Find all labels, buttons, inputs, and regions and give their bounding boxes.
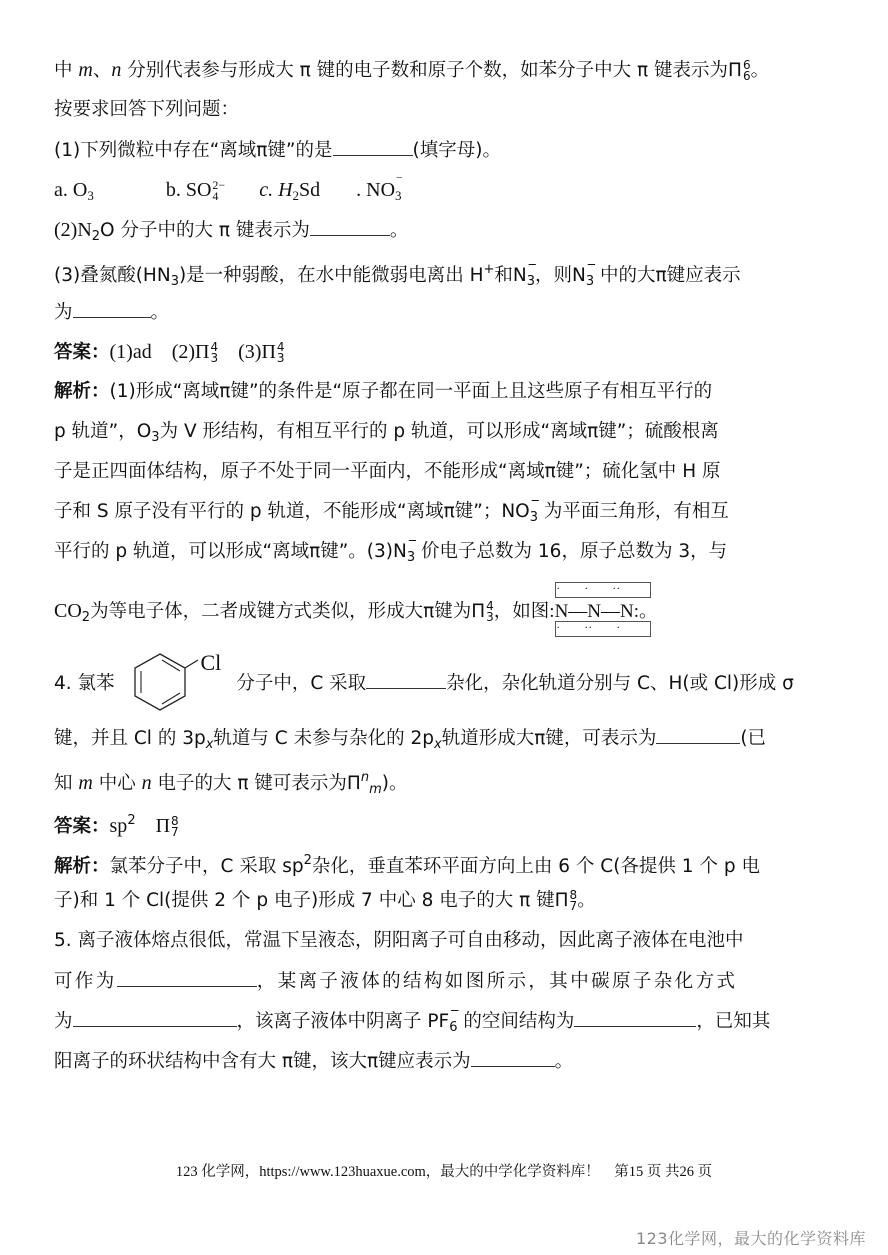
question-5-line-3: 为，该离子液体中阴离子 PF6 的空间结构为，已知其 bbox=[54, 1008, 770, 1041]
sub: 3 bbox=[210, 353, 218, 364]
sub: 7 bbox=[171, 827, 179, 838]
answer-blank-q5-use[interactable] bbox=[117, 968, 257, 987]
sub: 2 bbox=[82, 610, 90, 625]
question-4-line-1: 4. 氯苯 Cl 分子中，C 采取杂化，杂化轨道分别与 C、H(或 Cl)形成 … bbox=[54, 670, 794, 697]
text: 的空间结构为 bbox=[457, 1011, 574, 1032]
chlorine-label: Cl bbox=[200, 650, 221, 676]
lewis-chain: :N—N—N: bbox=[549, 601, 639, 622]
explanation-1-line-3: 子是正四面体结构，原子不处于同一平面内，不能形成“离域π键”；硫化氢中 H 原 bbox=[54, 459, 720, 485]
text: 4. 氯苯 bbox=[54, 673, 115, 694]
n3-lewis-structure: · · ··:N—N—N:· ·· · bbox=[549, 599, 639, 625]
option-d: . NO3 bbox=[356, 179, 401, 201]
var-n: n bbox=[142, 772, 152, 794]
sup: + bbox=[483, 262, 494, 277]
text: )是一种弱酸，在水中能微弱电离出 H bbox=[179, 265, 484, 286]
sub: 3 bbox=[527, 274, 535, 289]
explanation-2-line-2: 子)和 1 个 Cl(提供 2 个 p 电子)形成 7 中心 8 电子的大 π … bbox=[54, 888, 596, 914]
answer-label: 答案： bbox=[54, 342, 110, 363]
text: (1)下列微粒中存在“离域π键”的是 bbox=[54, 140, 333, 161]
question-2: (2)N2O 分子中的大 π 键表示为。 bbox=[54, 217, 408, 250]
instruction-line: 按要求回答下列问题： bbox=[54, 97, 239, 123]
explanation-1-line-5: 平行的 p 轨道，可以形成“离域π键”。(3)N3 价电子总数为 16，原子总数… bbox=[54, 539, 727, 571]
question-5-line-2: 可作为，某离子液体的结构如图所示，其中碳原子杂化方式 bbox=[54, 968, 737, 995]
text: 子和 S 原子没有平行的 p 轨道，不能形成“离域π键”；NO bbox=[54, 501, 530, 522]
text: 价电子总数为 16，原子总数为 3，与 bbox=[415, 541, 727, 562]
script: 87 bbox=[171, 816, 179, 838]
chlorobenzene-structure: Cl bbox=[120, 674, 230, 694]
explanation-2-line-1: 解析：氯苯分子中，C 采取 sp2杂化，垂直苯环平面方向上由 6 个 C(各提供… bbox=[54, 848, 760, 880]
text: CO bbox=[54, 600, 82, 622]
answer-blank-q2[interactable] bbox=[310, 217, 390, 236]
text: 平行的 p 轨道，可以形成“离域π键”。(3)N bbox=[54, 541, 407, 562]
sup: n bbox=[361, 770, 369, 785]
text: p 轨道”，O bbox=[54, 421, 151, 442]
text: 。 bbox=[390, 220, 409, 241]
answer-block-1: 答案：(1)ad (2)Π43 (3)Π43 bbox=[54, 339, 285, 366]
text: 轨道形成大π键，可表示为 bbox=[442, 728, 657, 749]
sup: 2 bbox=[304, 853, 312, 868]
text: 子)和 1 个 Cl(提供 2 个 p 电子)形成 7 中心 8 电子的大 π … bbox=[54, 890, 569, 911]
explanation-label: 解析： bbox=[54, 381, 110, 402]
answer-blank-q5-structure[interactable] bbox=[574, 1008, 696, 1027]
text: 为 bbox=[54, 1011, 73, 1032]
top-electron-box: · · ·· bbox=[555, 582, 651, 598]
benzene-ring-icon bbox=[130, 650, 200, 712]
answer-blank-q5-pi[interactable] bbox=[471, 1048, 555, 1067]
sub: 3 bbox=[87, 188, 94, 203]
var-m: m bbox=[78, 59, 92, 81]
script: 43 bbox=[486, 601, 494, 623]
sub: 3 bbox=[171, 274, 179, 289]
options-line: a. O3 b. SO2−4 c. H2Sd . NO3 bbox=[54, 177, 402, 209]
answer-blank-q5-hybridization[interactable] bbox=[73, 1008, 237, 1027]
var-n: n bbox=[111, 59, 121, 81]
text: 杂化，杂化轨道分别与 C、H(或 Cl)形成 σ bbox=[446, 673, 794, 694]
answer-block-2: 答案：sp2 Π87 bbox=[54, 808, 179, 840]
text: 、 bbox=[93, 60, 112, 81]
text: 为等电子体，二者成键方式类似，形成大π键为Π bbox=[90, 601, 485, 622]
answer-blank-q4-pi[interactable] bbox=[656, 725, 740, 744]
text: 知 bbox=[54, 773, 78, 794]
text: ，则N bbox=[535, 265, 586, 286]
sub: 3 bbox=[277, 353, 285, 364]
sub: 3 bbox=[407, 550, 415, 565]
text: (已 bbox=[740, 728, 766, 749]
sub: 6 bbox=[743, 71, 751, 82]
text: O 分子中的大 π 键表示为 bbox=[100, 220, 310, 241]
text: b. SO bbox=[166, 179, 212, 201]
sub: x bbox=[434, 737, 442, 752]
sub: m bbox=[369, 782, 382, 797]
sub: 3 bbox=[586, 274, 594, 289]
text: ，某离子液体的结构如图所示，其中碳原子杂化方式 bbox=[257, 971, 738, 992]
text: 氯苯分子中，C 采取 sp bbox=[110, 856, 304, 877]
text: ，如图 bbox=[494, 601, 550, 622]
text: 阳离子的环状结构中含有大 π键，该大π键应表示为 bbox=[54, 1051, 471, 1072]
intro-line-1: 中 m、n 分别代表参与形成大 π 键的电子数和原子个数，如苯分子中大 π 键表… bbox=[54, 57, 769, 84]
text: (1)形成“离域π键”的条件是“原子都在同一平面上且这些原子有相互平行的 bbox=[110, 381, 713, 402]
text: 分别代表参与形成大 π 键的电子数和原子个数，如苯分子中大 π 键表示为Π bbox=[121, 60, 742, 81]
script: 43 bbox=[210, 342, 218, 364]
text: a. O bbox=[54, 179, 87, 201]
text: c. H bbox=[259, 179, 292, 201]
text: 。 bbox=[577, 890, 596, 911]
script: 2−4 bbox=[212, 180, 225, 202]
question-3-cont: 为。 bbox=[54, 299, 169, 326]
option-c: c. H2Sd bbox=[259, 179, 320, 201]
text: 中的大π键应表示 bbox=[594, 265, 741, 286]
text: 轨道与 C 未参与杂化的 2p bbox=[213, 728, 434, 749]
text: 。 bbox=[751, 60, 770, 81]
text: (填字母)。 bbox=[413, 140, 501, 161]
explanation-label: 解析： bbox=[54, 856, 110, 877]
question-1: (1)下列微粒中存在“离域π键”的是(填字母)。 bbox=[54, 137, 501, 164]
sub: 4 bbox=[212, 191, 225, 202]
explanation-1-line-2: p 轨道”，O3为 V 形结构，有相互平行的 p 轨道，可以形成“离域π键”；硫… bbox=[54, 419, 719, 451]
answer-blank-q3[interactable] bbox=[73, 299, 151, 318]
text: 。 bbox=[639, 601, 658, 622]
text: 中心 bbox=[93, 773, 142, 794]
text: 和N bbox=[494, 265, 526, 286]
text: . NO bbox=[356, 179, 395, 201]
question-3: (3)叠氮酸(HN3)是一种弱酸，在水中能微弱电离出 H+和N3，则N3 中的大… bbox=[54, 257, 741, 295]
text: 。 bbox=[151, 302, 170, 323]
text: 杂化，垂直苯环平面方向上由 6 个 C(各提供 1 个 p 电 bbox=[312, 856, 760, 877]
question-5-line-4: 阳离子的环状结构中含有大 π键，该大π键应表示为。 bbox=[54, 1048, 573, 1075]
text: ，该离子液体中阴离子 PF bbox=[237, 1011, 450, 1032]
text: (1)ad (2)Π bbox=[110, 341, 210, 363]
answer-blank-q1[interactable] bbox=[333, 137, 413, 156]
question-4-line-3: 知 m 中心 n 电子的大 π 键可表示为Πnm)。 bbox=[54, 765, 407, 803]
sub: 3 bbox=[486, 612, 494, 623]
text: (2)N bbox=[54, 219, 92, 241]
page-footer: 123 化学网，https://www.123huaxue.com，最大的中学化… bbox=[0, 1160, 888, 1181]
text: 可作为 bbox=[54, 971, 117, 992]
text: 为 V 形结构，有相互平行的 p 轨道，可以形成“离域π键”；硫酸根离 bbox=[160, 421, 719, 442]
option-b: b. SO2−4 bbox=[166, 179, 225, 201]
sub: 3 bbox=[151, 430, 159, 445]
text: )。 bbox=[382, 773, 408, 794]
text: 为平面三角形，有相互 bbox=[538, 501, 729, 522]
text: 。 bbox=[555, 1051, 574, 1072]
sub: 3 bbox=[395, 188, 402, 203]
explanation-1-line-4: 子和 S 原子没有平行的 p 轨道，不能形成“离域π键”；NO3 为平面三角形，… bbox=[54, 499, 729, 531]
text: ，已知其 bbox=[696, 1011, 770, 1032]
text: sp bbox=[110, 815, 128, 837]
watermark: 123化学网，最大的化学资料库 bbox=[636, 1226, 866, 1249]
text: 为 bbox=[54, 302, 73, 323]
option-a: a. O3 bbox=[54, 179, 94, 201]
question-5-line-1: 5. 离子液体熔点很低，常温下呈液态，阴阳离子可自由移动，因此离子液体在电池中 bbox=[54, 928, 744, 954]
text: (3)Π bbox=[218, 341, 276, 363]
sub: 6 bbox=[449, 1020, 457, 1035]
text: (3)叠氮酸(HN bbox=[54, 265, 171, 286]
answer-label: 答案： bbox=[54, 816, 110, 837]
text: 分子中，C 采取 bbox=[236, 673, 366, 694]
sup: 2 bbox=[127, 813, 135, 828]
text: Sd bbox=[299, 179, 320, 201]
explanation-1-line-6: CO2为等电子体，二者成键方式类似，形成大π键为Π43，如图· · ··:N—N… bbox=[54, 598, 658, 631]
text: 键，并且 Cl 的 3p bbox=[54, 728, 206, 749]
pi-script: 66 bbox=[743, 60, 751, 82]
text: 中 bbox=[54, 60, 78, 81]
text: 电子的大 π 键可表示为Π bbox=[152, 773, 361, 794]
explanation-1-line-1: 解析：(1)形成“离域π键”的条件是“原子都在同一平面上且这些原子有相互平行的 bbox=[54, 379, 712, 405]
sub: 3 bbox=[530, 510, 538, 525]
bottom-electron-box: · ·· · bbox=[555, 621, 651, 637]
text: Π bbox=[136, 815, 170, 837]
sub: 2 bbox=[92, 229, 100, 244]
var-m: m bbox=[78, 772, 92, 794]
answer-blank-q4-hybridization[interactable] bbox=[366, 670, 446, 689]
script: 43 bbox=[277, 342, 285, 364]
question-4-line-2: 键，并且 Cl 的 3px轨道与 C 未参与杂化的 2px轨道形成大π键，可表示… bbox=[54, 725, 766, 758]
